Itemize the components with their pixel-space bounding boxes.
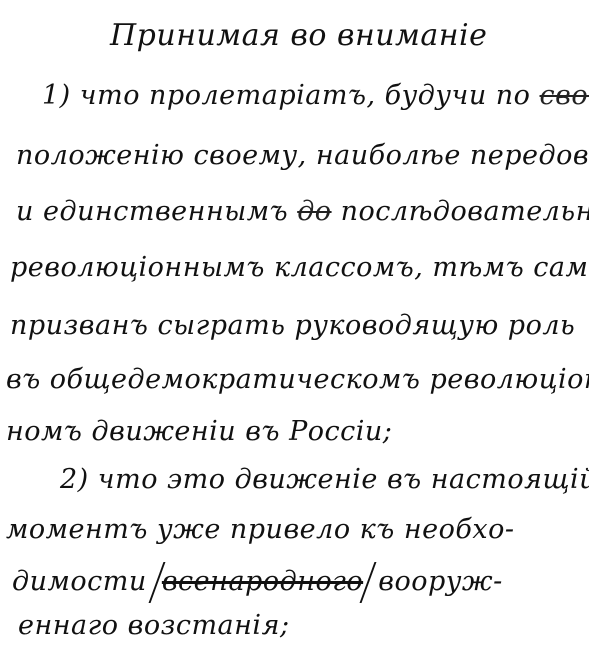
manuscript-page: Принимая во вниманіе 1) что пролетаріатъ… bbox=[0, 0, 589, 648]
manuscript-line-11: еннаго возстанія; bbox=[18, 610, 290, 641]
manuscript-line-4: революціоннымъ классомъ, тѣмъ самымъ bbox=[10, 252, 589, 283]
manuscript-line-9: моментъ уже привело къ необхо- bbox=[6, 514, 514, 545]
manuscript-line-8: 2) что это движеніе въ настоящій bbox=[60, 464, 589, 495]
line-text: послѣдовательно- bbox=[332, 196, 589, 227]
manuscript-line-2: положенію своему, наиболѣе передовымъ bbox=[16, 140, 589, 171]
manuscript-line-10: димости всенародного вооруж- bbox=[12, 566, 503, 597]
line-text: вооруж- bbox=[369, 566, 503, 597]
line-text: и единственнымъ bbox=[16, 196, 297, 227]
heading-line: Принимая во вниманіе bbox=[110, 18, 487, 53]
manuscript-line-1: 1) что пролетаріатъ, будучи по своему bbox=[42, 80, 589, 111]
manuscript-line-3: и единственнымъ до послѣдовательно- bbox=[16, 196, 589, 227]
line-text: димости bbox=[12, 566, 156, 597]
struck-word: всенародного bbox=[156, 566, 369, 597]
manuscript-line-5: призванъ сыграть руководящую роль bbox=[10, 310, 575, 341]
line-text: 1) что пролетаріатъ, будучи по bbox=[42, 80, 540, 111]
manuscript-line-7: номъ движеніи въ Россіи; bbox=[6, 416, 392, 447]
struck-word: своему bbox=[540, 80, 589, 111]
manuscript-line-6: въ общедемократическомъ революціон- bbox=[6, 364, 589, 395]
struck-word: до bbox=[297, 196, 331, 227]
